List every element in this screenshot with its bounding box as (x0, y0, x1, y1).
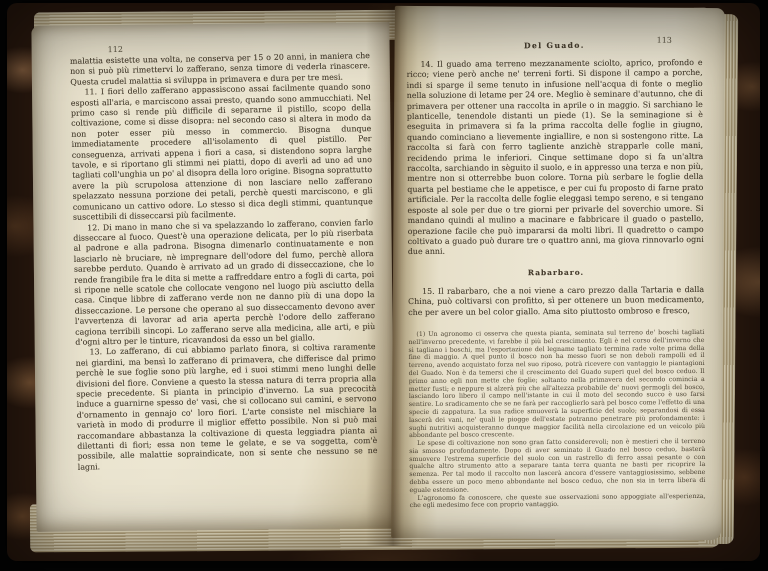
paragraph-15: 15. Il rabarbaro, che a noi viene a caro… (408, 285, 704, 318)
left-page-number: 112 (108, 45, 123, 54)
left-page-text: malattia esistette una volta, ne conserv… (70, 51, 378, 473)
section-heading-rabarbaro: Rabarbaro. (408, 267, 704, 278)
paragraph-14: 14. Il guado ama terreno mezzanamente sc… (406, 58, 703, 258)
footnote-paragraph-3: L'agronomo fa conoscere, che queste sue … (410, 493, 706, 511)
right-page: 113 Del Guado. 14. Il guado ama terreno … (391, 6, 725, 540)
footnote-block: (1) Un agronomo ci osserva che questa pi… (408, 329, 705, 510)
book-photograph: 112 malattia esistette una volta, ne con… (0, 0, 768, 571)
paragraph-11: 11. I fiori dello zafferano appassiscono… (70, 82, 373, 223)
left-page: 112 malattia esistette una volta, ne con… (31, 22, 394, 532)
paragraph-12: 12. Di mano in mano che si va spelazzand… (73, 218, 375, 349)
running-header: Del Guado. (406, 40, 702, 51)
paragraph-13: 13. Lo zafferano, di cui abbiamo parlato… (75, 342, 377, 473)
footnote-paragraph-2: Le spese di coltivazione non sono gran f… (409, 438, 705, 495)
right-page-text: Del Guado. 14. Il guado ama terreno mezz… (406, 40, 705, 510)
footnote-paragraph-1: (1) Un agronomo ci osserva che questa pi… (408, 329, 705, 440)
